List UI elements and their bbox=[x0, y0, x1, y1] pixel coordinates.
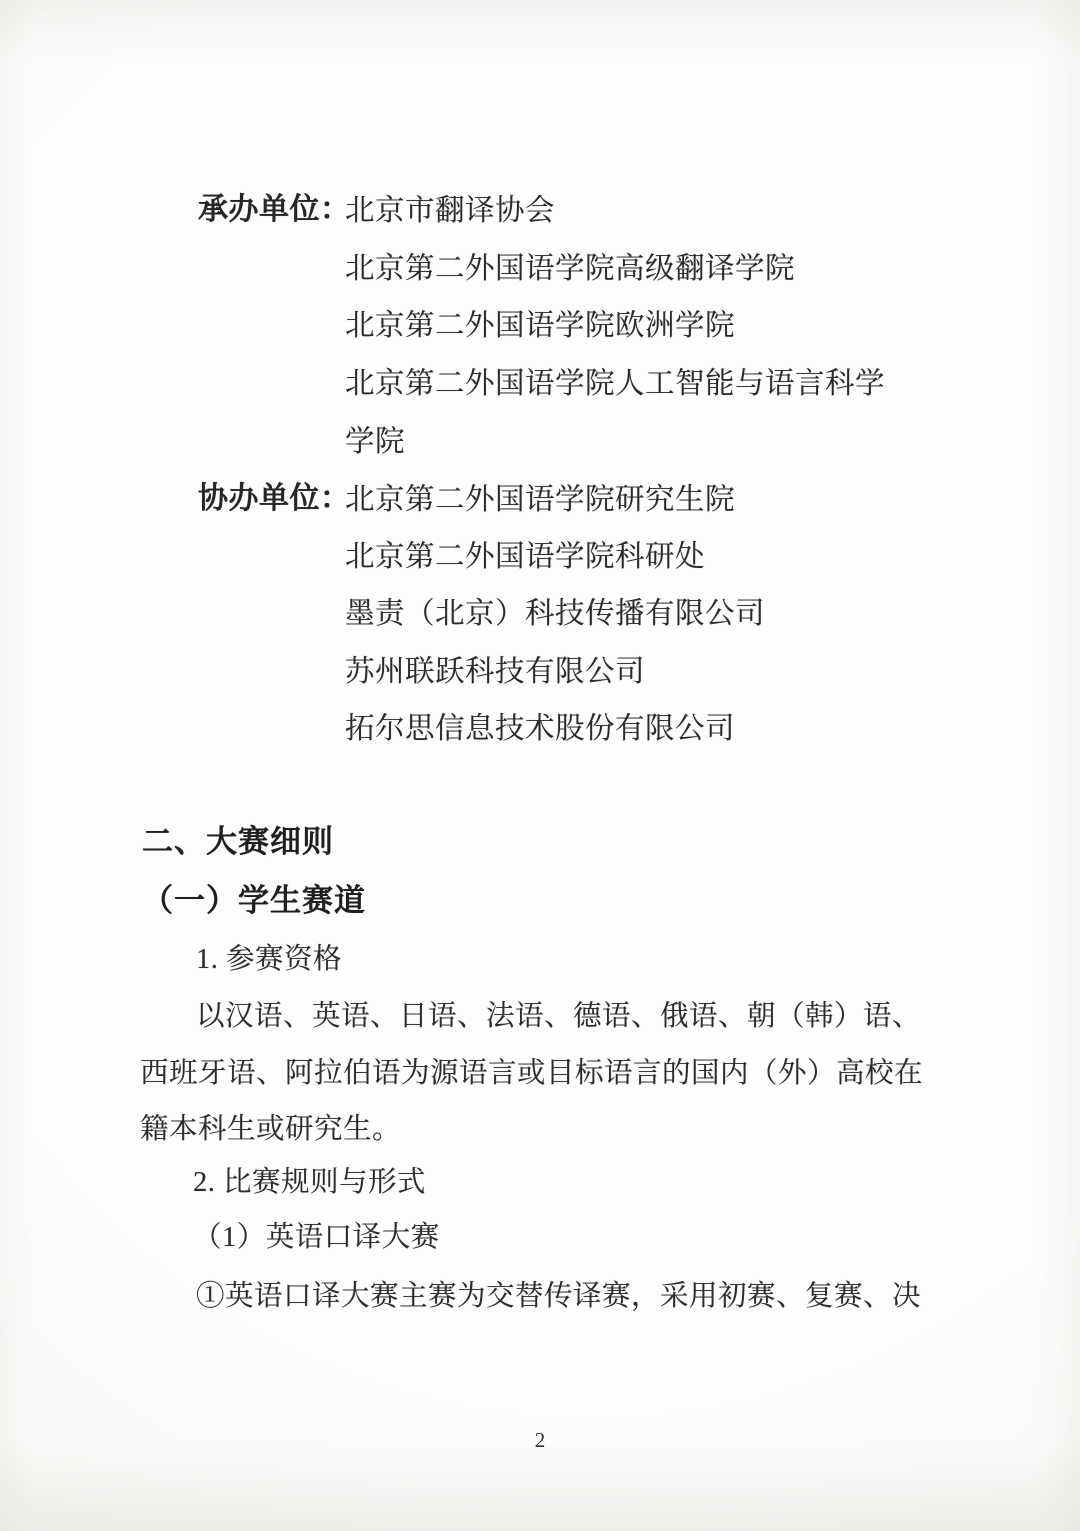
document-page: 承办单位： 北京市翻译协会 北京第二外国语学院高级翻译学院 北京第二外国语学院欧… bbox=[0, 0, 1080, 1531]
co-organizer-item: 墨责（北京）科技传播有限公司 bbox=[345, 596, 765, 632]
track-heading: （一）学生赛道 bbox=[142, 883, 366, 919]
subsection-title: （1）英语口译大赛 bbox=[193, 1220, 440, 1256]
organizer-item: 北京市翻译协会 bbox=[345, 193, 555, 229]
page-number: 2 bbox=[0, 1428, 1080, 1453]
organizer-item: 北京第二外国语学院人工智能与语言科学 bbox=[345, 366, 885, 402]
co-organizer-item: 拓尔思信息技术股份有限公司 bbox=[345, 711, 735, 747]
organizer-item: 北京第二外国语学院欧洲学院 bbox=[345, 308, 735, 344]
section-heading: 二、大赛细则 bbox=[142, 824, 334, 860]
co-organizer-item: 北京第二外国语学院科研处 bbox=[345, 539, 705, 575]
eligibility-title: 1. 参赛资格 bbox=[196, 942, 342, 978]
organizers-label: 承办单位： bbox=[198, 192, 351, 228]
co-organizer-item: 苏州联跃科技有限公司 bbox=[345, 654, 645, 690]
eligibility-line: 西班牙语、阿拉伯语为源语言或目标语言的国内（外）高校在 bbox=[140, 1056, 923, 1092]
co-organizer-item: 北京第二外国语学院研究生院 bbox=[345, 482, 735, 518]
organizer-item-wrap: 学院 bbox=[345, 424, 405, 460]
eligibility-line: 籍本科生或研究生。 bbox=[140, 1112, 401, 1148]
co-organizers-label: 协办单位： bbox=[198, 481, 351, 517]
organizer-item: 北京第二外国语学院高级翻译学院 bbox=[345, 251, 795, 287]
rules-title: 2. 比赛规则与形式 bbox=[193, 1165, 426, 1201]
detail-line: ①英语口译大赛主赛为交替传译赛，采用初赛、复赛、决 bbox=[196, 1279, 921, 1315]
eligibility-line: 以汉语、英语、日语、法语、德语、俄语、朝（韩）语、 bbox=[196, 999, 921, 1035]
